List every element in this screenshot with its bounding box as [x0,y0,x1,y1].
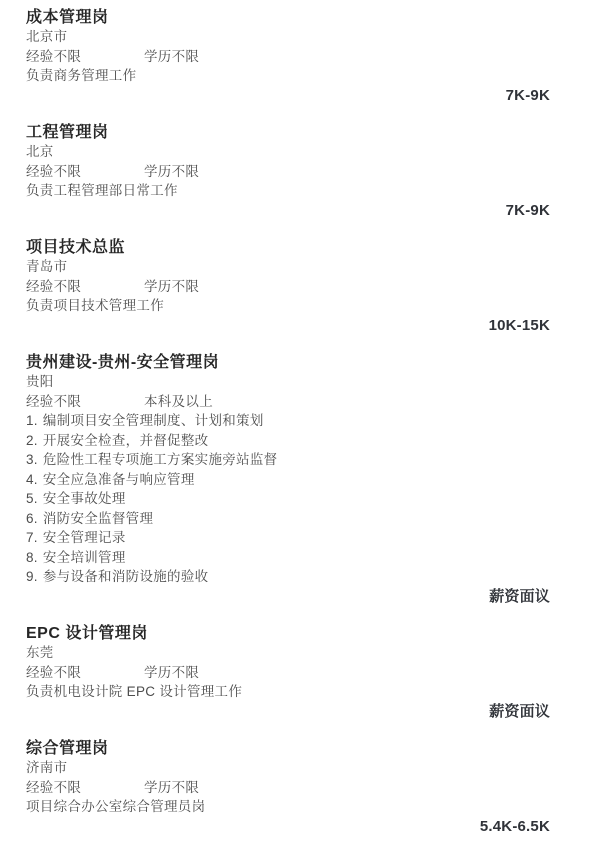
job-experience: 经验不限 [26,663,144,683]
job-duty-item: 8. 安全培训管理 [26,548,550,568]
job-card[interactable]: 成本管理岗 北京市 经验不限 学历不限 负责商务管理工作 7K-9K [26,8,550,105]
job-duty-item: 7. 安全管理记录 [26,528,550,548]
job-education: 本科及以上 [144,392,213,412]
duty-text: 参与设备和消防设施的验收 [43,567,209,587]
duty-text: 安全培训管理 [43,548,126,568]
job-experience: 经验不限 [26,392,144,412]
job-card[interactable]: EPC 设计管理岗 东莞 经验不限 学历不限 负责机电设计院 EPC 设计管理工… [26,624,550,721]
job-description: 负责商务管理工作 [26,66,550,86]
job-location: 北京 [26,142,550,162]
job-title[interactable]: 项目技术总监 [26,238,550,257]
job-meta-row: 经验不限 学历不限 [26,162,550,182]
job-duty-item: 6. 消防安全监督管理 [26,509,550,529]
job-description: 负责机电设计院 EPC 设计管理工作 [26,682,550,702]
job-experience: 经验不限 [26,47,144,67]
job-title[interactable]: EPC 设计管理岗 [26,624,550,643]
job-education: 学历不限 [144,47,199,67]
duty-number: 5. [26,489,38,509]
duty-text: 安全事故处理 [43,489,126,509]
duty-number: 3. [26,450,38,470]
duty-number: 4. [26,470,38,490]
job-title[interactable]: 贵州建设-贵州-安全管理岗 [26,353,550,372]
duty-text: 危险性工程专项施工方案实施旁站监督 [43,450,278,470]
job-location: 北京市 [26,27,550,47]
job-title[interactable]: 综合管理岗 [26,739,550,758]
duty-text: 安全管理记录 [43,528,126,548]
job-education: 学历不限 [144,663,199,683]
job-experience: 经验不限 [26,778,144,798]
job-card[interactable]: 项目技术总监 青岛市 经验不限 学历不限 负责项目技术管理工作 10K-15K [26,238,550,335]
job-experience: 经验不限 [26,277,144,297]
job-duty-item: 5. 安全事故处理 [26,489,550,509]
job-card[interactable]: 工程管理岗 北京 经验不限 学历不限 负责工程管理部日常工作 7K-9K [26,123,550,220]
job-title[interactable]: 工程管理岗 [26,123,550,142]
job-meta-row: 经验不限 学历不限 [26,277,550,297]
job-salary: 5.4K-6.5K [26,817,550,837]
job-card[interactable]: 贵州建设-贵州-安全管理岗 贵阳 经验不限 本科及以上 1. 编制项目安全管理制… [26,353,550,606]
job-salary: 7K-9K [26,86,550,106]
duty-text: 开展安全检查，并督促整改 [43,431,209,451]
duty-number: 8. [26,548,38,568]
job-description: 负责工程管理部日常工作 [26,181,550,201]
job-education: 学历不限 [144,162,199,182]
duty-number: 7. [26,528,38,548]
duty-number: 1. [26,411,38,431]
job-meta-row: 经验不限 学历不限 [26,663,550,683]
job-duties: 1. 编制项目安全管理制度、计划和策划 2. 开展安全检查，并督促整改 3. 危… [26,411,550,587]
job-duty-item: 1. 编制项目安全管理制度、计划和策划 [26,411,550,431]
job-list: 成本管理岗 北京市 经验不限 学历不限 负责商务管理工作 7K-9K 工程管理岗… [26,8,550,836]
job-description: 项目综合办公室综合管理员岗 [26,797,550,817]
job-salary: 薪资面议 [26,702,550,722]
duty-number: 9. [26,567,38,587]
job-meta-row: 经验不限 本科及以上 [26,392,550,412]
job-meta-row: 经验不限 学历不限 [26,47,550,67]
job-duty-item: 3. 危险性工程专项施工方案实施旁站监督 [26,450,550,470]
duty-text: 安全应急准备与响应管理 [43,470,195,490]
job-location: 东莞 [26,643,550,663]
duty-text: 消防安全监督管理 [43,509,153,529]
job-salary: 10K-15K [26,316,550,336]
duty-number: 6. [26,509,38,529]
job-salary: 薪资面议 [26,587,550,607]
duty-text: 编制项目安全管理制度、计划和策划 [43,411,264,431]
job-meta-row: 经验不限 学历不限 [26,778,550,798]
job-salary: 7K-9K [26,201,550,221]
job-description: 负责项目技术管理工作 [26,296,550,316]
job-experience: 经验不限 [26,162,144,182]
job-duty-item: 2. 开展安全检查，并督促整改 [26,431,550,451]
job-location: 济南市 [26,758,550,778]
job-education: 学历不限 [144,277,199,297]
job-card[interactable]: 综合管理岗 济南市 经验不限 学历不限 项目综合办公室综合管理员岗 5.4K-6… [26,739,550,836]
job-location: 青岛市 [26,257,550,277]
duty-number: 2. [26,431,38,451]
job-duty-item: 4. 安全应急准备与响应管理 [26,470,550,490]
job-title[interactable]: 成本管理岗 [26,8,550,27]
job-location: 贵阳 [26,372,550,392]
job-education: 学历不限 [144,778,199,798]
job-duty-item: 9. 参与设备和消防设施的验收 [26,567,550,587]
